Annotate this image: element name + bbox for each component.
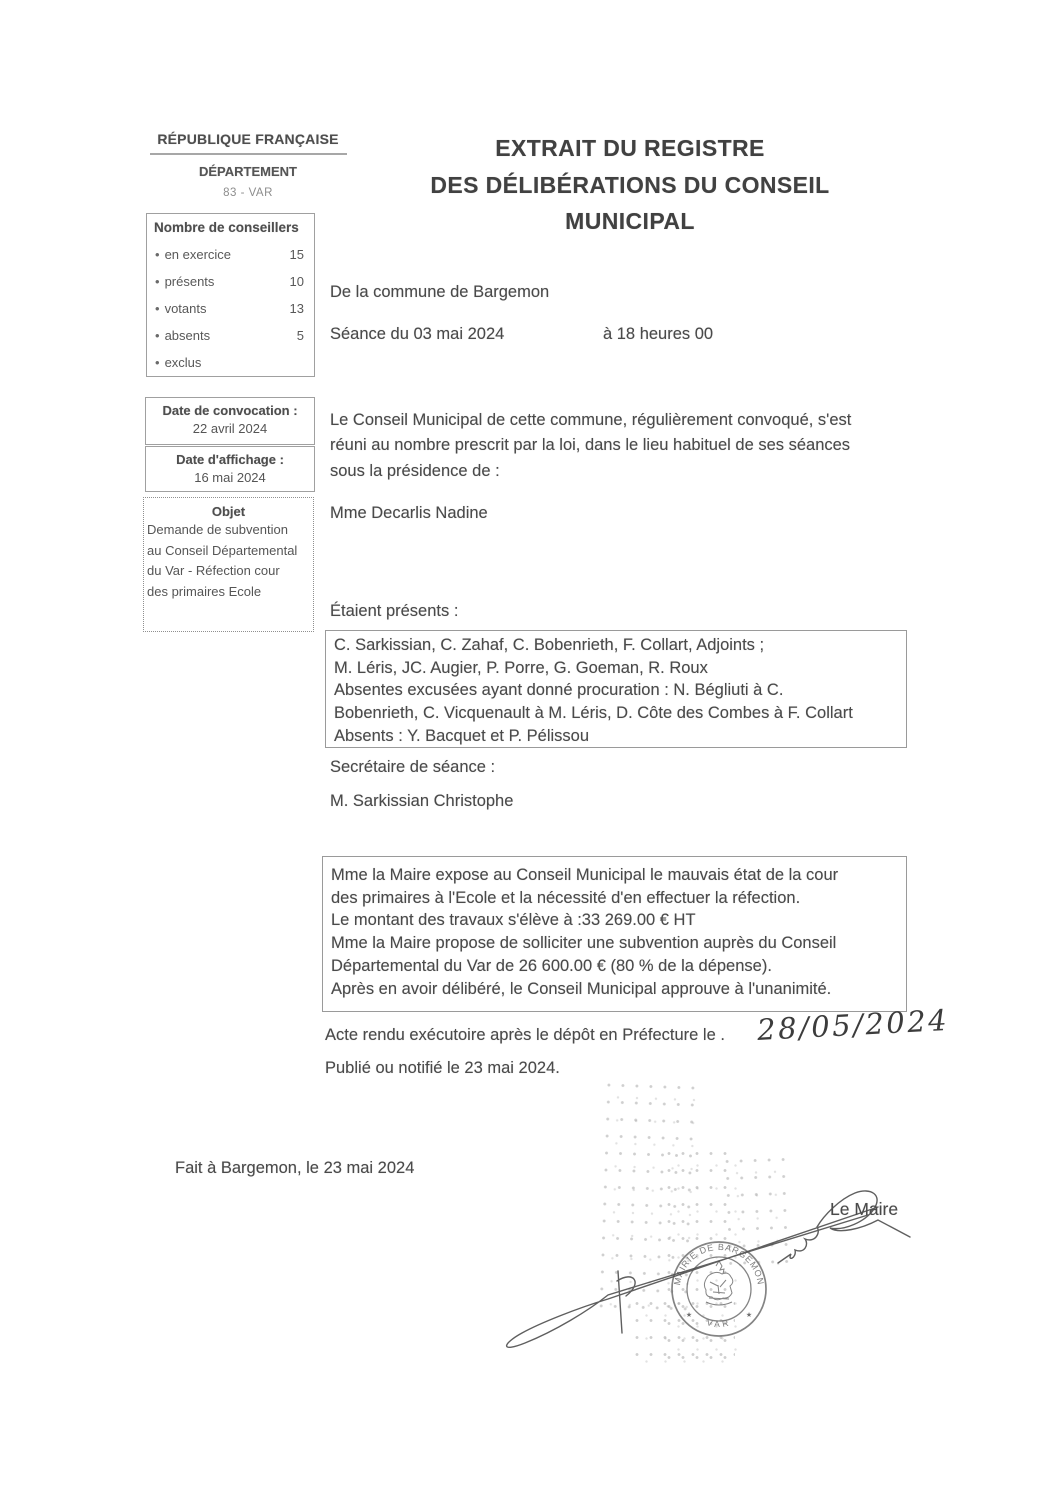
signature-p-stroke: [617, 1271, 635, 1333]
convocation-label: Date de convocation :: [146, 403, 314, 418]
deliberation-line-6: Après en avoir délibéré, le Conseil Muni…: [331, 978, 898, 1001]
counselor-label: en exercice: [165, 247, 231, 262]
title-line-1: EXTRAIT DU REGISTRE: [360, 130, 900, 167]
department-label: DÉPARTEMENT: [148, 164, 348, 179]
objet-box: Objet Demande de subvention au Conseil D…: [143, 497, 314, 632]
bullet-icon: •: [155, 301, 160, 316]
affichage-box: Date d'affichage : 16 mai 2024: [145, 446, 315, 492]
counselor-label: votants: [165, 301, 207, 316]
counselors-box: Nombre de conseillers •en exercice 15 •p…: [146, 213, 315, 377]
republic-underline: [150, 153, 347, 155]
deliberation-line-1: Mme la Maire expose au Conseil Municipal…: [331, 864, 898, 887]
signature-shaft: [507, 1207, 878, 1347]
deliberation-line-3: Le montant des travaux s'élève à :33 269…: [331, 909, 898, 932]
department-code: 83 - VAR: [148, 187, 348, 199]
affichage-date: 16 mai 2024: [146, 470, 314, 485]
convened-paragraph: Le Conseil Municipal de cette commune, r…: [330, 408, 902, 484]
counselor-value: 15: [290, 247, 304, 262]
document-page: RÉPUBLIQUE FRANÇAISE DÉPARTEMENT 83 - VA…: [0, 0, 1058, 1496]
republic-label: RÉPUBLIQUE FRANÇAISE: [148, 131, 348, 147]
counselors-title: Nombre de conseillers: [154, 220, 299, 235]
seance-line: Séance du 03 mai 2024: [330, 325, 504, 344]
title-line-3: MUNICIPAL: [360, 203, 900, 240]
deliberation-line-2: des primaires à l'Ecole et la nécessité …: [331, 887, 898, 910]
counselor-label: exclus: [165, 355, 202, 370]
fait-line: Fait à Bargemon, le 23 mai 2024: [175, 1159, 414, 1178]
counselor-row-exclus: •exclus: [155, 355, 304, 370]
objet-line-3: du Var - Réfection cour: [147, 562, 313, 581]
acte-executoire-line: Acte rendu exécutoire après le dépôt en …: [325, 1026, 725, 1045]
presidente-name: Mme Decarlis Nadine: [330, 504, 488, 523]
counselor-value: 10: [290, 274, 304, 289]
counselor-row-presents: •présents 10: [155, 274, 304, 289]
objet-line-1: Demande de subvention: [147, 521, 313, 540]
convened-line-3: sous la présidence de :: [330, 459, 902, 484]
objet-title: Objet: [144, 504, 313, 519]
objet-line-2: au Conseil Départemental: [147, 542, 313, 561]
bullet-icon: •: [155, 247, 160, 262]
secretaire-label: Secrétaire de séance :: [330, 758, 495, 777]
presents-line-1: C. Sarkissian, C. Zahaf, C. Bobenrieth, …: [334, 634, 898, 657]
counselor-label: absents: [165, 328, 211, 343]
counselor-row-votants: •votants 13: [155, 301, 304, 316]
affichage-label: Date d'affichage :: [146, 452, 314, 467]
presents-line-2: M. Léris, JC. Augier, P. Porre, G. Goema…: [334, 657, 898, 680]
document-title: EXTRAIT DU REGISTRE DES DÉLIBÉRATIONS DU…: [360, 130, 900, 240]
convocation-box: Date de convocation : 22 avril 2024: [145, 397, 315, 445]
convocation-date: 22 avril 2024: [146, 421, 314, 436]
counselor-row-exercice: •en exercice 15: [155, 247, 304, 262]
commune-line: De la commune de Bargemon: [330, 283, 549, 302]
counselor-label: présents: [165, 274, 215, 289]
counselor-value: 5: [297, 328, 304, 343]
bullet-icon: •: [155, 328, 160, 343]
presents-line-4: Bobenrieth, C. Vicquenault à M. Léris, D…: [334, 702, 898, 725]
presents-line-3: Absentes excusées ayant donné procuratio…: [334, 679, 898, 702]
presents-box: C. Sarkissian, C. Zahaf, C. Bobenrieth, …: [325, 630, 907, 748]
counselor-row-absents: •absents 5: [155, 328, 304, 343]
deliberation-line-4: Mme la Maire propose de solliciter une s…: [331, 932, 898, 955]
seance-hour: à 18 heures 00: [603, 325, 713, 344]
bullet-icon: •: [155, 355, 160, 370]
convened-line-2: réuni au nombre prescrit par la loi, dan…: [330, 433, 902, 458]
publie-line: Publié ou notifié le 23 mai 2024.: [325, 1059, 560, 1078]
presents-line-5: Absents : Y. Bacquet et P. Pélissou: [334, 725, 898, 748]
bullet-icon: •: [155, 274, 160, 289]
maire-signature: [480, 1165, 920, 1365]
secretaire-name: M. Sarkissian Christophe: [330, 792, 513, 811]
convened-line-1: Le Conseil Municipal de cette commune, r…: [330, 408, 902, 433]
signature-flourish: [778, 1191, 910, 1263]
title-line-2: DES DÉLIBÉRATIONS DU CONSEIL: [360, 167, 900, 204]
presents-label: Étaient présents :: [330, 602, 458, 621]
deliberation-line-5: Départemental du Var de 26 600.00 € (80 …: [331, 955, 898, 978]
deliberation-box: Mme la Maire expose au Conseil Municipal…: [322, 856, 907, 1012]
counselor-value: 13: [290, 301, 304, 316]
objet-line-4: des primaires Ecole: [147, 583, 313, 602]
